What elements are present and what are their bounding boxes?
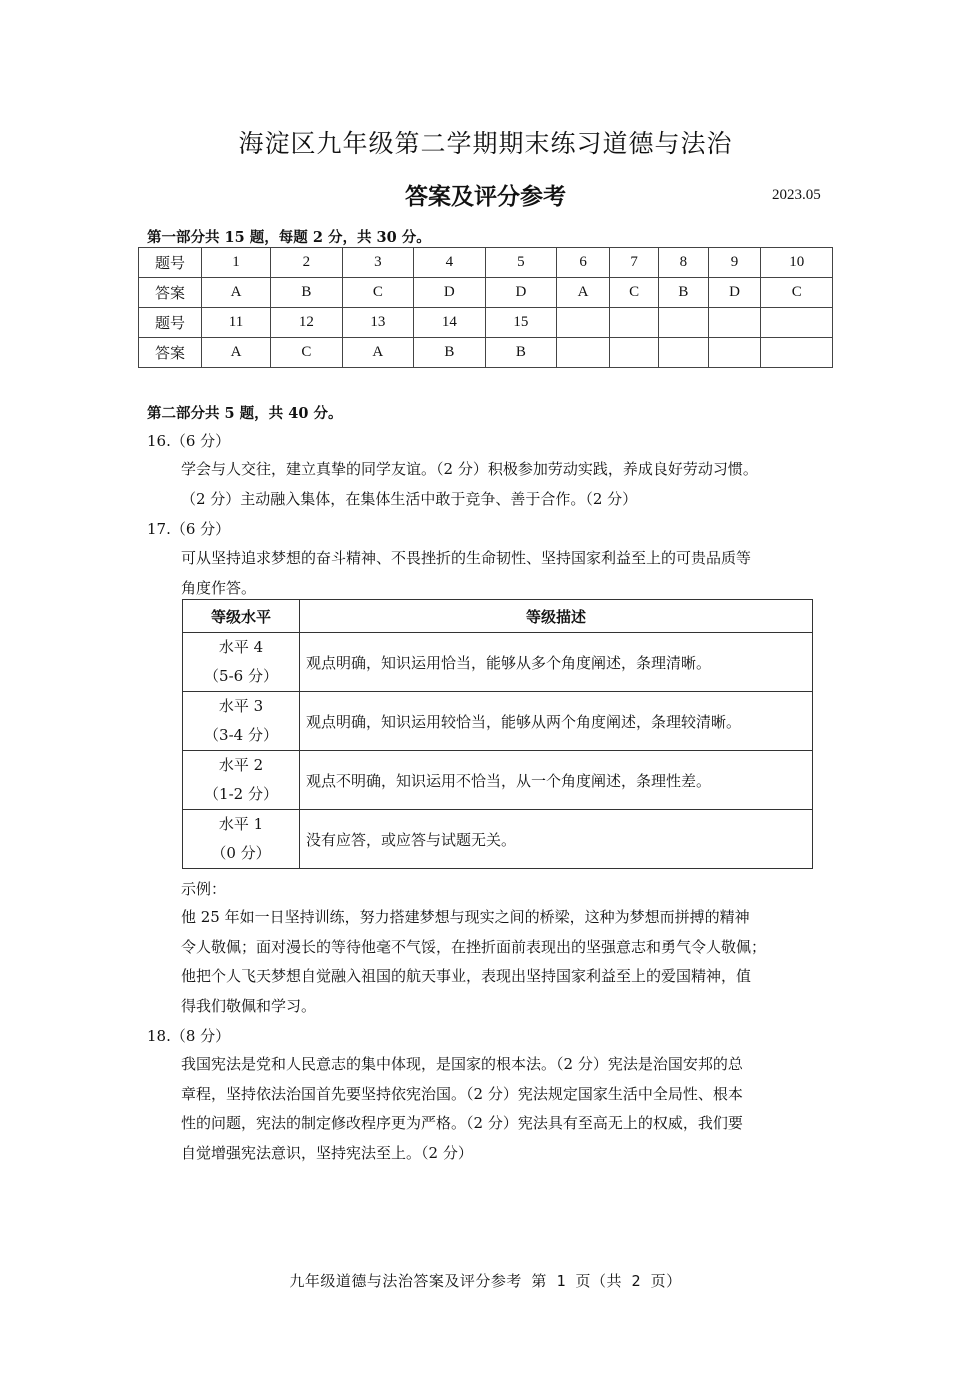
question-number-cell: 13 <box>342 308 414 338</box>
question-number-cell: 1 <box>202 248 271 278</box>
question-number-cell <box>557 308 610 338</box>
question-number-cell <box>708 308 761 338</box>
row-label-question: 题号 <box>139 248 202 278</box>
question-number-cell: 11 <box>202 308 271 338</box>
level-description: 观点明确，知识运用恰当，能够从多个角度阐述，条理清晰。 <box>300 633 813 692</box>
q16-line: （2 分）主动融入集体，在集体生活中敢于竞争、善于合作。（2 分） <box>181 485 831 515</box>
example-label: 示例： <box>181 878 226 899</box>
page-footer: 九年级道德与法治答案及评分参考 第 1 页（共 2 页） <box>0 1270 971 1291</box>
answer-cell: C <box>271 338 343 368</box>
document-subtitle: 答案及评分参考 <box>0 178 971 211</box>
example-answer: 他 25 年如一日坚持训练，努力搭建梦想与现实之间的桥梁，这种为梦想而拼搏的精神… <box>181 903 831 1021</box>
answer-cell: A <box>202 278 271 308</box>
level-name: 水平 2 <box>183 751 299 780</box>
question-number-cell <box>610 308 659 338</box>
answer-cell: B <box>271 278 343 308</box>
question-number-cell: 7 <box>610 248 659 278</box>
level-name: 水平 3 <box>183 692 299 721</box>
question-number-cell: 9 <box>708 248 761 278</box>
example-line: 令人敬佩；面对漫长的等待他毫不气馁，在挫折面前表现出的坚强意志和勇气令人敬佩； <box>181 933 831 963</box>
level-description: 观点明确，知识运用较恰当，能够从两个角度阐述，条理较清晰。 <box>300 692 813 751</box>
grading-level-row: 水平 3（3-4 分）观点明确，知识运用较恰当，能够从两个角度阐述，条理较清晰。 <box>183 692 813 751</box>
q18-label: 18.（8 分） <box>147 1025 230 1046</box>
level-cell: 水平 2（1-2 分） <box>183 751 300 810</box>
q17-label: 17.（6 分） <box>147 518 230 539</box>
q18-line: 章程，坚持依法治国首先要坚持依宪治国。（2 分）宪法规定国家生活中全局性、根本 <box>181 1080 831 1110</box>
grading-level-row: 水平 1（0 分）没有应答，或应答与试题无关。 <box>183 810 813 869</box>
answer-cell <box>610 338 659 368</box>
question-number-cell: 5 <box>485 248 557 278</box>
question-number-cell: 4 <box>414 248 486 278</box>
row-label-question: 题号 <box>139 308 202 338</box>
answer-cell: B <box>414 338 486 368</box>
grading-level-row: 水平 4（5-6 分）观点明确，知识运用恰当，能够从多个角度阐述，条理清晰。 <box>183 633 813 692</box>
level-col-header: 等级水平 <box>183 600 300 633</box>
question-number-cell: 2 <box>271 248 343 278</box>
q18-line: 自觉增强宪法意识，坚持宪法至上。（2 分） <box>181 1139 831 1169</box>
description-col-header: 等级描述 <box>300 600 813 633</box>
answer-cell: C <box>342 278 414 308</box>
level-description: 观点不明确，知识运用不恰当，从一个角度阐述，条理性差。 <box>300 751 813 810</box>
answer-cell <box>659 338 708 368</box>
level-name: 水平 4 <box>183 633 299 662</box>
example-line: 得我们敬佩和学习。 <box>181 992 831 1022</box>
q18-line: 我国宪法是党和人民意志的集中体现，是国家的根本法。（2 分）宪法是治国安邦的总 <box>181 1050 831 1080</box>
level-score: （0 分） <box>183 839 299 868</box>
answer-cell <box>557 338 610 368</box>
question-number-cell <box>761 308 833 338</box>
part2-heading: 第二部分共 5 题，共 40 分。 <box>147 402 342 423</box>
answer-cell: A <box>202 338 271 368</box>
answer-cell: B <box>659 278 708 308</box>
question-number-cell: 3 <box>342 248 414 278</box>
answer-cell <box>761 338 833 368</box>
answer-cell: C <box>761 278 833 308</box>
example-line: 他 25 年如一日坚持训练，努力搭建梦想与现实之间的桥梁，这种为梦想而拼搏的精神 <box>181 903 831 933</box>
answer-cell: B <box>485 338 557 368</box>
level-score: （1-2 分） <box>183 780 299 809</box>
level-name: 水平 1 <box>183 810 299 839</box>
level-cell: 水平 3（3-4 分） <box>183 692 300 751</box>
level-description: 没有应答，或应答与试题无关。 <box>300 810 813 869</box>
answer-cell: D <box>708 278 761 308</box>
q16-answer: 学会与人交往，建立真挚的同学友谊。（2 分）积极参加劳动实践，养成良好劳动习惯。… <box>181 455 831 514</box>
question-number-cell: 14 <box>414 308 486 338</box>
q16-line: 学会与人交往，建立真挚的同学友谊。（2 分）积极参加劳动实践，养成良好劳动习惯。 <box>181 455 831 485</box>
level-cell: 水平 4（5-6 分） <box>183 633 300 692</box>
document-title: 海淀区九年级第二学期期末练习道德与法治 <box>0 124 971 160</box>
grading-level-table: 等级水平 等级描述 水平 4（5-6 分）观点明确，知识运用恰当，能够从多个角度… <box>182 599 813 869</box>
question-number-cell: 8 <box>659 248 708 278</box>
q16-label: 16.（6 分） <box>147 430 230 451</box>
row-label-answer: 答案 <box>139 278 202 308</box>
q18-answer: 我国宪法是党和人民意志的集中体现，是国家的根本法。（2 分）宪法是治国安邦的总 … <box>181 1050 831 1168</box>
q18-line: 性的问题，宪法的制定修改程序更为严格。（2 分）宪法具有至高无上的权威，我们要 <box>181 1109 831 1139</box>
document-date: 2023.05 <box>772 187 821 204</box>
grading-level-row: 水平 2（1-2 分）观点不明确，知识运用不恰当，从一个角度阐述，条理性差。 <box>183 751 813 810</box>
answer-cell: D <box>414 278 486 308</box>
answer-row: 答案ACABB <box>139 338 833 368</box>
answer-row: 答案ABCDDACBDC <box>139 278 833 308</box>
level-score: （3-4 分） <box>183 721 299 750</box>
row-label-answer: 答案 <box>139 338 202 368</box>
question-number-cell <box>659 308 708 338</box>
question-number-cell: 6 <box>557 248 610 278</box>
q17-line: 可从坚持追求梦想的奋斗精神、不畏挫折的生命韧性、坚持国家利益至上的可贵品质等 <box>181 544 831 574</box>
answer-cell: A <box>557 278 610 308</box>
answer-table: 题号12345678910答案ABCDDACBDC题号1112131415答案A… <box>138 247 833 368</box>
answer-cell: A <box>342 338 414 368</box>
answer-cell: D <box>485 278 557 308</box>
question-number-cell: 15 <box>485 308 557 338</box>
example-line: 他把个人飞天梦想自觉融入祖国的航天事业，表现出坚持国家利益至上的爱国精神，值 <box>181 962 831 992</box>
answer-cell <box>708 338 761 368</box>
question-number-cell: 12 <box>271 308 343 338</box>
question-number-cell: 10 <box>761 248 833 278</box>
question-number-row: 题号1112131415 <box>139 308 833 338</box>
part1-heading: 第一部分共 15 题，每题 2 分，共 30 分。 <box>147 226 431 247</box>
answer-cell: C <box>610 278 659 308</box>
level-cell: 水平 1（0 分） <box>183 810 300 869</box>
q17-instructions: 可从坚持追求梦想的奋斗精神、不畏挫折的生命韧性、坚持国家利益至上的可贵品质等 角… <box>181 544 831 603</box>
level-score: （5-6 分） <box>183 662 299 691</box>
question-number-row: 题号12345678910 <box>139 248 833 278</box>
